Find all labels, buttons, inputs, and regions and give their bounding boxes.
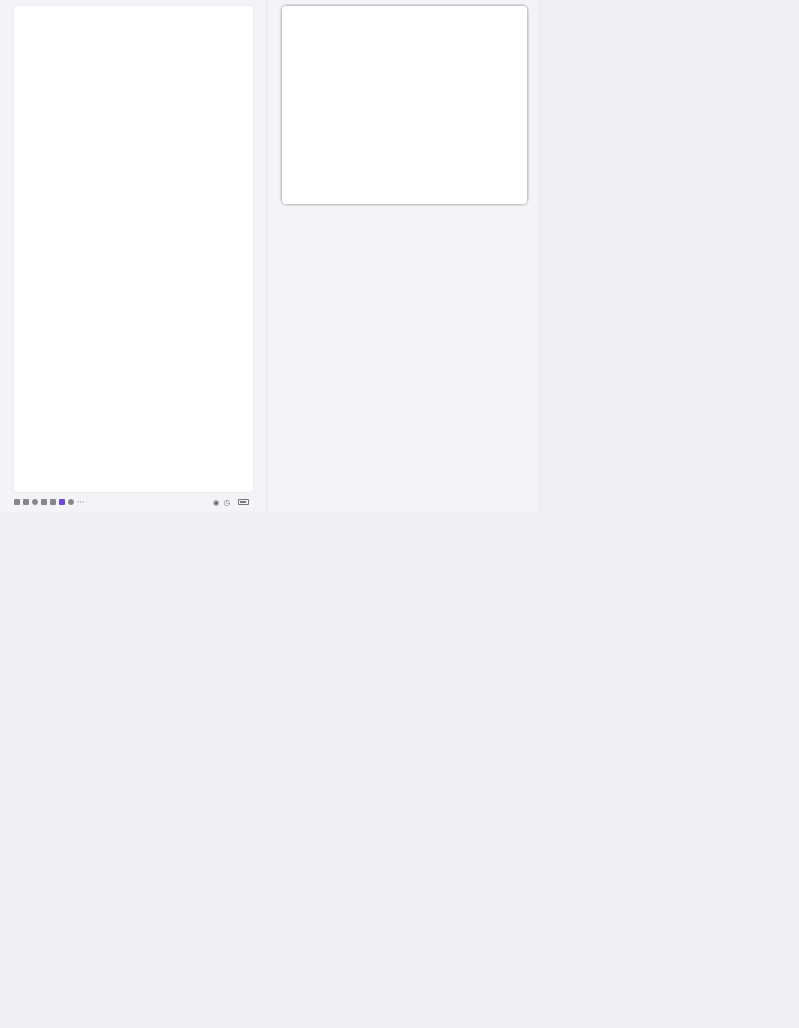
screenshot-panel-2 — [268, 0, 537, 512]
screenshot-panel-1: ··· ◉◷ — [0, 0, 265, 512]
answer-card — [14, 6, 253, 492]
alarm-icon: ◷ — [223, 498, 230, 507]
notification-icons: ··· — [14, 498, 84, 507]
eye-icon: ◉ — [213, 498, 220, 507]
status-bar: ··· ◉◷ — [0, 493, 265, 511]
battery-icon — [238, 499, 249, 505]
card-bg — [282, 6, 527, 204]
